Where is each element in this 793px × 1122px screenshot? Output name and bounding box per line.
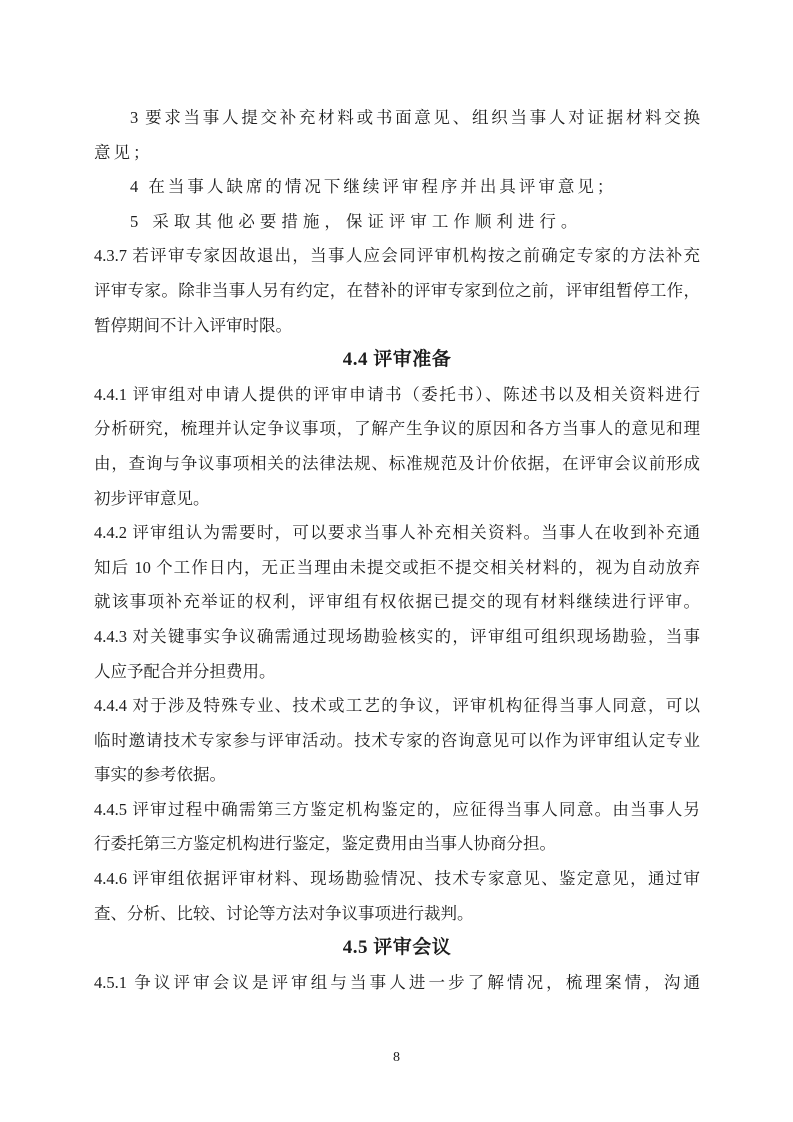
page-number: 8 (0, 1048, 793, 1068)
text-line: 分析研究，梳理并认定争议事项，了解产生争议的原因和各方当事人的意见和理 (94, 412, 700, 447)
text-line: 就该事项补充举证的权利，评审组有权依据已提交的现有材料继续进行评审。 (94, 585, 700, 620)
text-line: 意见； (94, 136, 700, 171)
text-content: 3 要求当事人提交补充材料或书面意见、组织当事人对证据材料交换意见；4 在当事人… (94, 101, 700, 1000)
text-line: 4.4.4 对于涉及特殊专业、技术或工艺的争议，评审机构征得当事人同意，可以 (94, 689, 700, 724)
text-line: 3 要求当事人提交补充材料或书面意见、组织当事人对证据材料交换 (94, 101, 700, 136)
text-line: 事实的参考依据。 (94, 758, 700, 793)
text-line: 4.4.1 评审组对申请人提供的评审申请书（委托书）、陈述书以及相关资料进行 (94, 378, 700, 413)
text-line: 查、分析、比较、讨论等方法对争议事项进行裁判。 (94, 897, 700, 932)
text-line: 4 在当事人缺席的情况下继续评审程序并出具评审意见； (94, 170, 700, 205)
text-line: 4.5.1 争议评审会议是评审组与当事人进一步了解情况，梳理案情，沟通 (94, 966, 700, 1001)
text-line: 4.4.3 对关键事实争议确需通过现场勘验核实的，评审组可组织现场勘验，当事 (94, 620, 700, 655)
text-line: 行委托第三方鉴定机构进行鉴定，鉴定费用由当事人协商分担。 (94, 827, 700, 862)
text-line: 4.4.6 评审组依据评审材料、现场勘验情况、技术专家意见、鉴定意见，通过审 (94, 862, 700, 897)
text-line: 初步评审意见。 (94, 482, 700, 517)
text-line: 4.4.5 评审过程中确需第三方鉴定机构鉴定的，应征得当事人同意。由当事人另 (94, 793, 700, 828)
text-line: 由，查询与争议事项相关的法律法规、标准规范及计价依据，在评审会议前形成 (94, 447, 700, 482)
text-line: 临时邀请技术专家参与评审活动。技术专家的咨询意见可以作为评审组认定专业 (94, 724, 700, 759)
section-heading: 4.5 评审会议 (94, 931, 700, 966)
text-line: 5 采取其他必要措施，保证评审工作顺利进行。 (94, 205, 700, 240)
text-line: 知后 10 个工作日内，无正当理由未提交或拒不提交相关材料的，视为自动放弃 (94, 551, 700, 586)
text-line: 4.4.2 评审组认为需要时，可以要求当事人补充相关资料。当事人在收到补充通 (94, 516, 700, 551)
document-page: 3 要求当事人提交补充材料或书面意见、组织当事人对证据材料交换意见；4 在当事人… (0, 0, 793, 1122)
text-line: 人应予配合并分担费用。 (94, 655, 700, 690)
text-line: 评审专家。除非当事人另有约定，在替补的评审专家到位之前，评审组暂停工作， (94, 274, 700, 309)
section-heading: 4.4 评审准备 (94, 343, 700, 378)
text-line: 4.3.7 若评审专家因故退出，当事人应会同评审机构按之前确定专家的方法补充 (94, 239, 700, 274)
text-line: 暂停期间不计入评审时限。 (94, 309, 700, 344)
